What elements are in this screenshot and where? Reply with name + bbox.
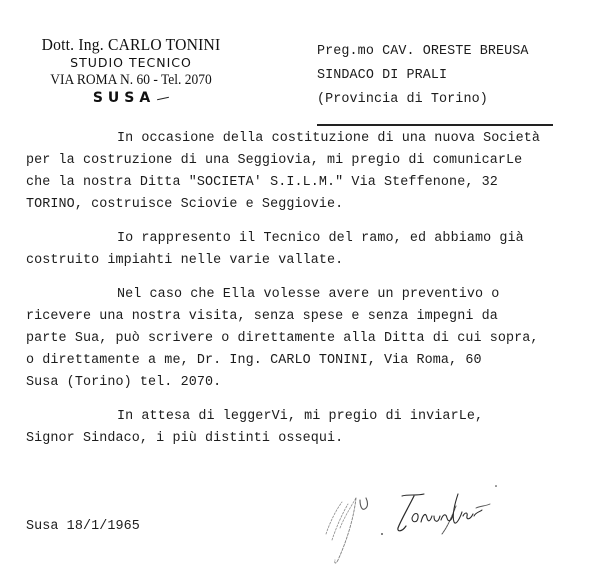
- city-dash-mark: [157, 96, 169, 99]
- place-date: Susa 18/1/1965: [26, 517, 140, 537]
- body-line: Signor Sindaco, i più distinti ossequi.: [26, 428, 596, 450]
- letter-page: Dott. Ing. CARLO TONINI STUDIO TECNICO V…: [0, 0, 600, 584]
- body-line: costruito impiahti nelle varie vallate.: [26, 250, 596, 272]
- body-line: In occasione della costituzione di una n…: [26, 128, 596, 150]
- letter-body: In occasione della costituzione di una n…: [26, 128, 596, 450]
- recipient-line: (Provincia di Torino): [317, 88, 529, 112]
- body-line: che la nostra Ditta "SOCIETA' S.I.L.M." …: [26, 172, 596, 194]
- paragraph: Nel caso che Ella volesse avere un preve…: [26, 284, 596, 394]
- body-line: Nel caso che Ella volesse avere un preve…: [26, 284, 596, 306]
- paragraph-gap: [26, 394, 596, 406]
- recipient-underline: [317, 124, 553, 126]
- recipient-line: Preg.mo CAV. ORESTE BREUSA: [317, 40, 529, 64]
- letterhead-name: Dott. Ing. CARLO TONINI: [34, 35, 227, 55]
- paragraph: In occasione della costituzione di una n…: [26, 128, 596, 216]
- body-line: ricevere una nostra visita, senza spese …: [26, 306, 596, 328]
- letterhead-address: VIA ROMA N. 60 - Tel. 2070: [33, 71, 228, 89]
- body-line: TORINO, costruisce Sciovie e Seggiovie.: [26, 194, 596, 216]
- recipient-block: Preg.mo CAV. ORESTE BREUSA SINDACO DI PR…: [317, 40, 529, 112]
- body-line: per la costruzione di una Seggiovia, mi …: [26, 150, 596, 172]
- body-line: o direttamente a me, Dr. Ing. CARLO TONI…: [26, 350, 596, 372]
- body-line: In attesa di leggerVi, mi pregio di invi…: [26, 406, 596, 428]
- letterhead-city: SUSA: [26, 89, 236, 107]
- letterhead-city-text: SUSA: [93, 90, 155, 106]
- paragraph-gap: [26, 216, 596, 228]
- paragraph: Io rappresento il Tecnico del ramo, ed a…: [26, 228, 596, 272]
- paragraph-gap: [26, 272, 596, 284]
- recipient-line: SINDACO DI PRALI: [317, 64, 529, 88]
- handwritten-signature: [320, 482, 520, 582]
- body-line: Io rappresento il Tecnico del ramo, ed a…: [26, 228, 596, 250]
- body-line: parte Sua, può scrivere o direttamente a…: [26, 328, 596, 350]
- paragraph: In attesa di leggerVi, mi pregio di invi…: [26, 406, 596, 450]
- letterhead: Dott. Ing. CARLO TONINI STUDIO TECNICO V…: [26, 35, 236, 107]
- letterhead-studio: STUDIO TECNICO: [26, 55, 236, 71]
- body-line: Susa (Torino) tel. 2070.: [26, 372, 596, 394]
